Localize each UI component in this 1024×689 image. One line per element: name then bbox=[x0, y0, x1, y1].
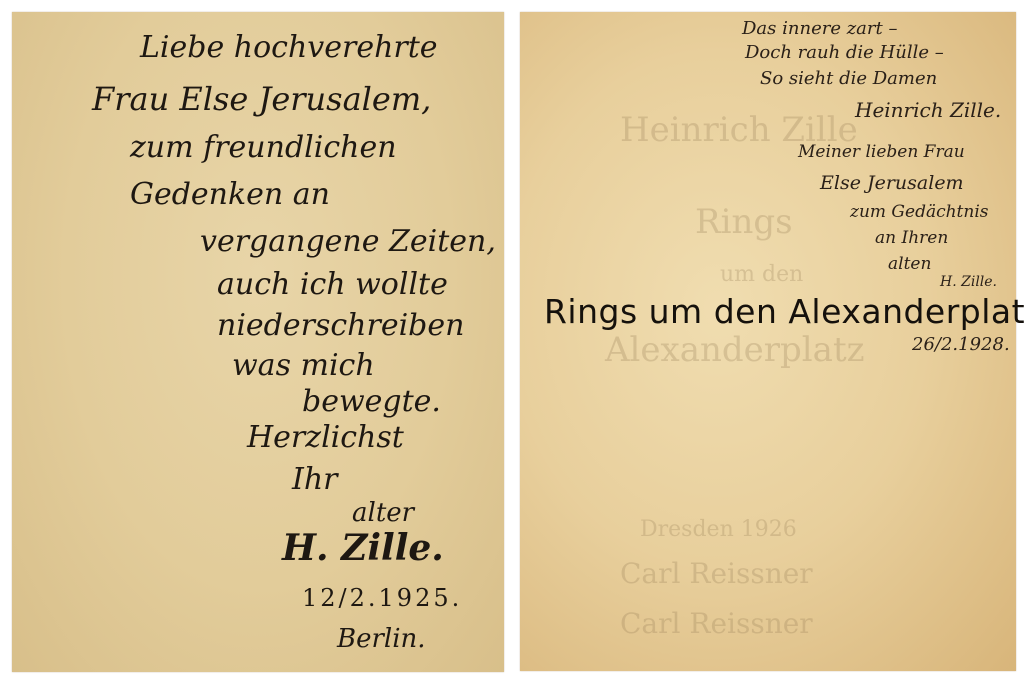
left-page: Liebe hochverehrte Frau Else Jerusalem, … bbox=[12, 12, 504, 672]
closing-line: Herzlichst bbox=[247, 420, 404, 455]
inscription-line: vergangene Zeiten, bbox=[200, 224, 496, 259]
printed-title-line: Rings bbox=[695, 202, 793, 242]
right-page: Heinrich Zille Rings um den Alexanderpla… bbox=[520, 12, 1016, 671]
verse-line: Das innere zart – bbox=[742, 18, 897, 39]
inscription-line: Frau Else Jerusalem, bbox=[92, 80, 431, 118]
dedication-line: Else Jerusalem bbox=[820, 172, 964, 194]
printed-title-line: Alexanderplatz bbox=[605, 330, 865, 370]
date: 26/2.1928. bbox=[912, 334, 1010, 355]
dedication-line: zum Gedächtnis bbox=[850, 202, 989, 222]
closing-line: Ihr bbox=[292, 462, 338, 497]
book-title: Rings um den Alexanderplatz bbox=[544, 292, 1024, 331]
inscription-line: auch ich wollte bbox=[217, 267, 448, 302]
verse-signature: Heinrich Zille. bbox=[855, 98, 1001, 122]
inscription-line: niederschreiben bbox=[217, 308, 464, 343]
printed-title-line: um den bbox=[720, 262, 803, 287]
inscription-line: Gedenken an bbox=[130, 177, 330, 212]
dedication-line: Meiner lieben Frau bbox=[798, 142, 965, 162]
closing-line: alter bbox=[352, 498, 414, 528]
dedication-line: an Ihren bbox=[875, 228, 948, 248]
printed-publisher: Carl Reissner bbox=[620, 607, 813, 640]
printed-publisher: Dresden 1926 bbox=[640, 517, 797, 542]
verse-line: So sieht die Damen bbox=[760, 68, 937, 89]
date: 12/2.1925. bbox=[302, 584, 462, 612]
dedication-signature: H. Zille. bbox=[940, 274, 997, 290]
verse-line: Doch rauh die Hülle – bbox=[745, 42, 944, 63]
dedication-line: alten bbox=[888, 254, 931, 274]
inscription-line: zum freundlichen bbox=[130, 130, 397, 165]
inscription-line: bewegte. bbox=[302, 384, 441, 419]
inscription-line: was mich bbox=[232, 348, 375, 383]
printed-publisher: Carl Reissner bbox=[620, 557, 813, 590]
inscription-line: Liebe hochverehrte bbox=[140, 30, 438, 65]
signature: H. Zille. bbox=[282, 527, 444, 569]
place: Berlin. bbox=[337, 624, 426, 654]
